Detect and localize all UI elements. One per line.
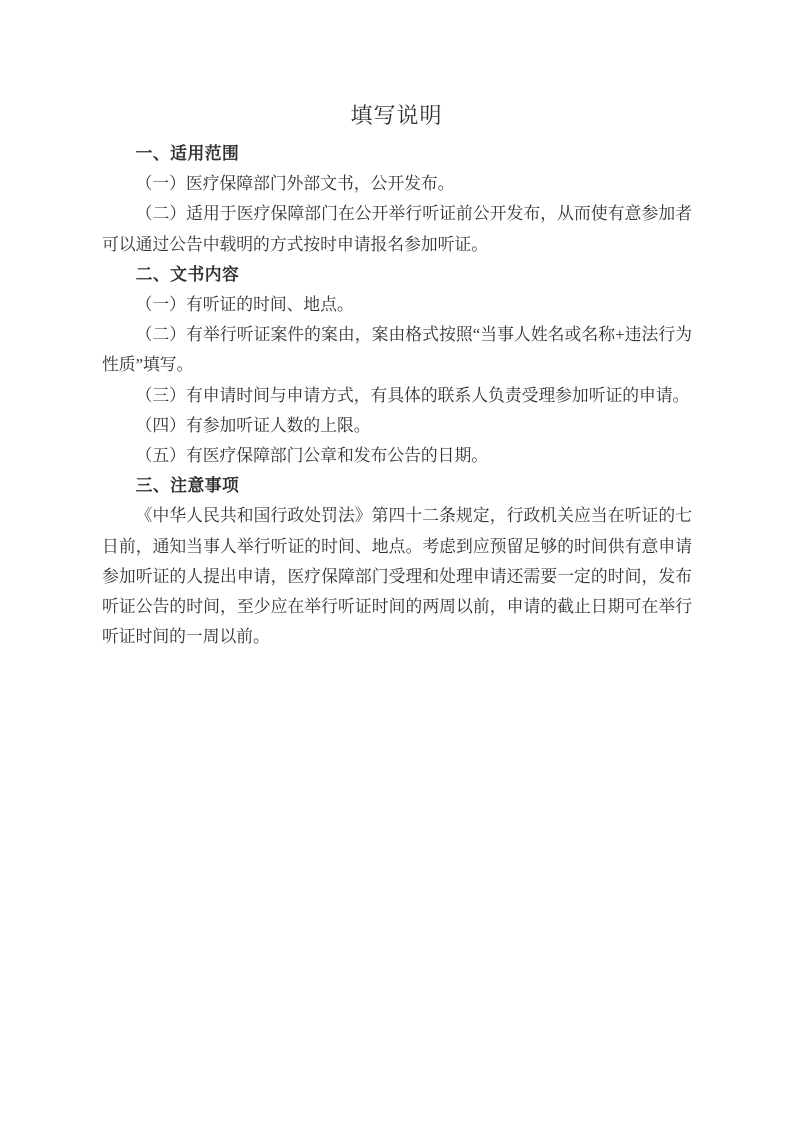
paragraph: （二）有举行听证案件的案由，案由格式按照“当事人姓名或名称+违法行为性质”填写。	[102, 320, 692, 380]
section-heading-scope: 一、适用范围	[102, 139, 692, 169]
paragraph: （一）医疗保障部门外部文书，公开发布。	[102, 169, 692, 199]
paragraph: （三）有申请时间与申请方式，有具体的联系人负责受理参加听证的申请。	[102, 381, 692, 411]
document-page: 填写说明 一、适用范围 （一）医疗保障部门外部文书，公开发布。 （二）适用于医疗…	[0, 0, 793, 1122]
document-body: 一、适用范围 （一）医疗保障部门外部文书，公开发布。 （二）适用于医疗保障部门在…	[102, 139, 692, 652]
paragraph: （二）适用于医疗保障部门在公开举行听证前公开发布，从而使有意参加者可以通过公告中…	[102, 199, 692, 259]
section-heading-notes: 三、注意事项	[102, 471, 692, 501]
paragraph: （五）有医疗保障部门公章和发布公告的日期。	[102, 441, 692, 471]
paragraph: （一）有听证的时间、地点。	[102, 290, 692, 320]
page-title: 填写说明	[0, 0, 793, 132]
section-heading-content: 二、文书内容	[102, 260, 692, 290]
paragraph: （四）有参加听证人数的上限。	[102, 411, 692, 441]
paragraph: 《中华人民共和国行政处罚法》第四十二条规定，行政机关应当在听证的七日前，通知当事…	[102, 501, 692, 652]
